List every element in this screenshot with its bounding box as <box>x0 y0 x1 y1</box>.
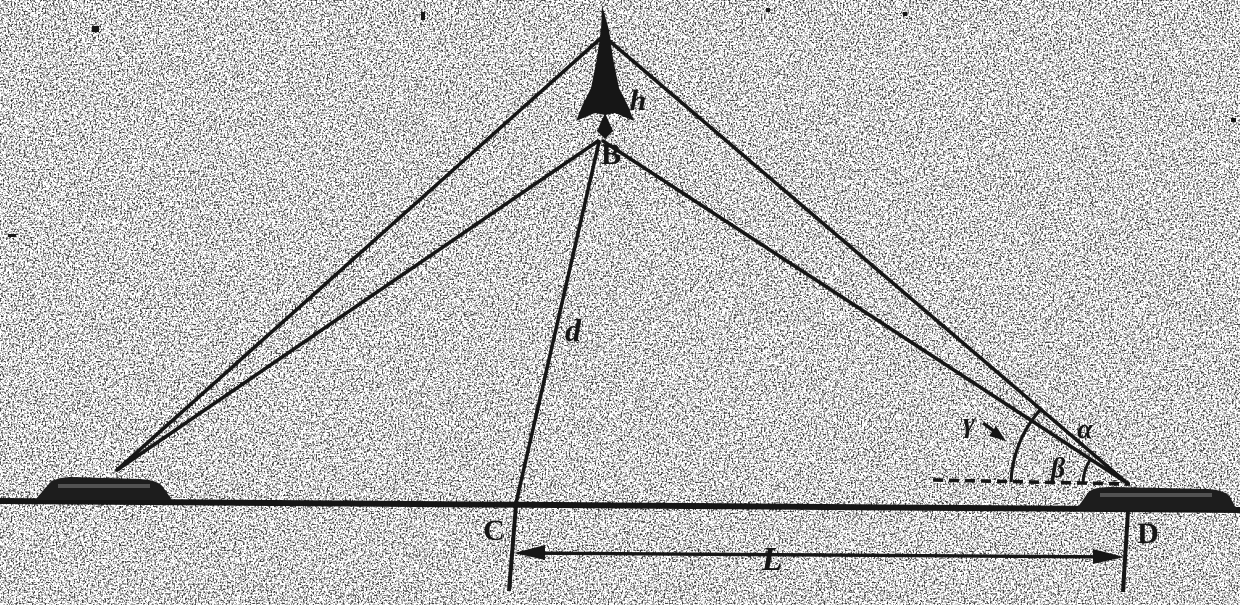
diagram-canvas: h B d C L D α β γ <box>0 0 1240 605</box>
label-point-b: B <box>601 138 621 171</box>
label-distance-d: d <box>565 312 582 348</box>
label-angle-alpha: α <box>1077 414 1093 445</box>
scanned-diagram-page: h B d C L D α β γ <box>0 0 1240 605</box>
label-angle-beta: β <box>1050 453 1066 484</box>
scan-noise-upper <box>0 0 1240 502</box>
label-point-d: D <box>1137 517 1159 550</box>
label-baseline-l: L <box>761 541 783 578</box>
label-point-c: C <box>483 514 505 547</box>
label-height-h: h <box>630 84 647 117</box>
right-station <box>1076 487 1237 510</box>
label-angle-gamma: γ <box>963 408 975 439</box>
